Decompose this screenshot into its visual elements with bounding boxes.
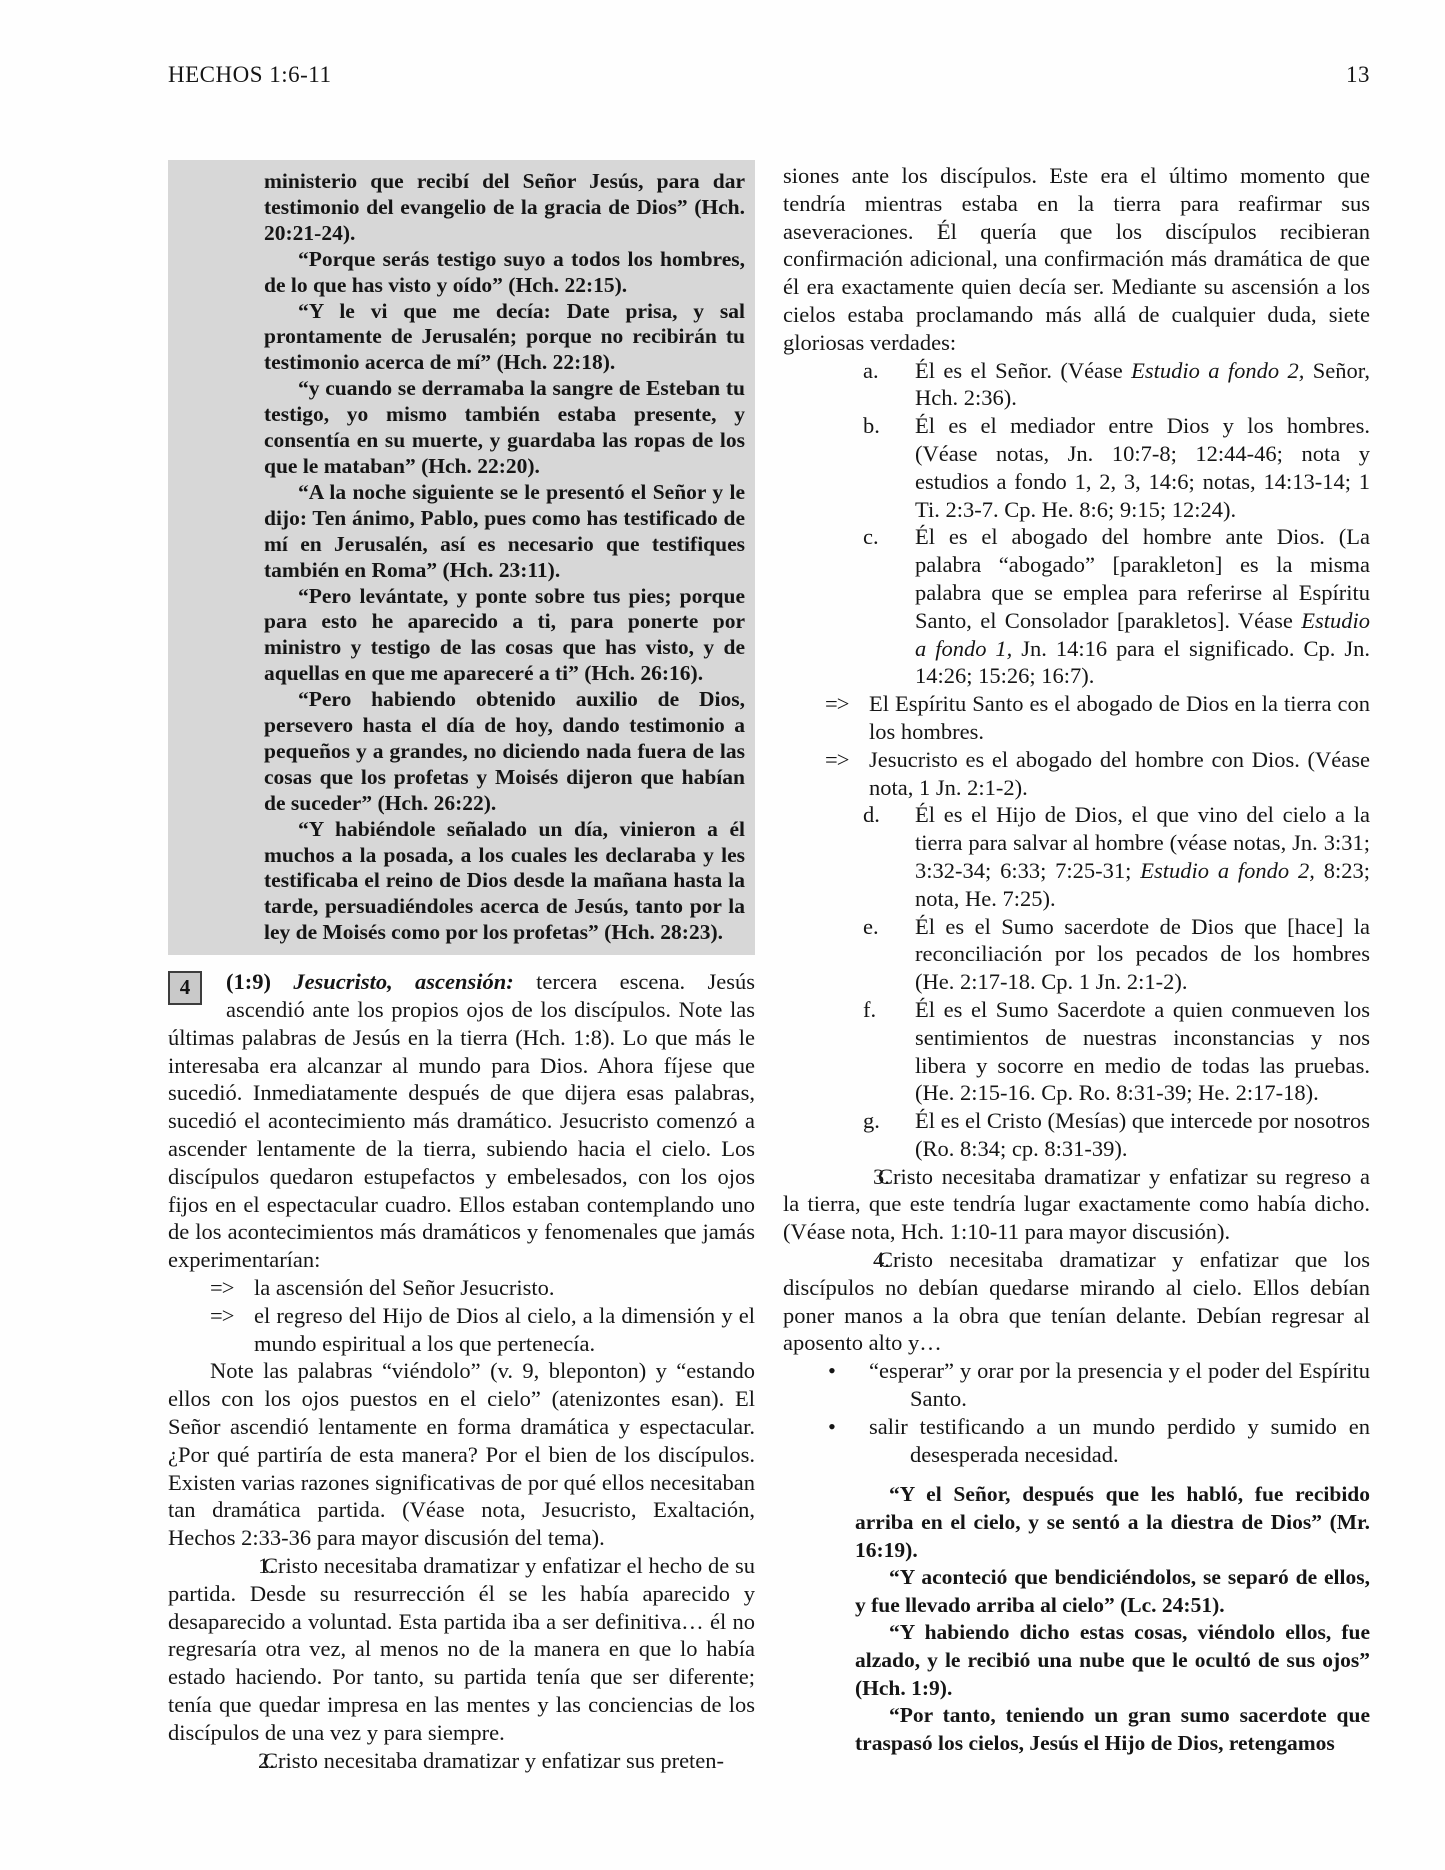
letter-label: g.	[863, 1107, 880, 1135]
text-run: “Y habiendo dicho estas cosas, viéndolo …	[855, 1620, 1370, 1699]
text-run: Cristo necesitaba dramatizar y enfatizar…	[263, 1748, 724, 1773]
text-run: Cristo necesitaba dramatizar y enfatizar…	[168, 1553, 755, 1745]
letter-label: b.	[863, 412, 880, 440]
text-run: Jesucristo, ascensión:	[293, 969, 513, 994]
numbered-paragraph: 4.Cristo necesitaba dramatizar y enfatiz…	[783, 1246, 1370, 1357]
text-run: Él es el Sumo Sacerdote a quien conmueve…	[915, 997, 1370, 1105]
outline-note-paragraph: 4(1:9) Jesucristo, ascensión: tercera es…	[168, 968, 755, 1274]
two-column-text: ministerio que recibí del Señor Jesús, p…	[168, 150, 1370, 1774]
arrow-list-item: =>El Espíritu Santo es el abogado de Dio…	[783, 690, 1370, 746]
column-right: siones ante los discípulos. Este era el …	[783, 150, 1370, 1757]
scripture-quote-paragraph: “A la noche siguiente se le presentó el …	[264, 480, 745, 584]
scripture-quote-paragraph: “Pero levántate, y ponte sobre tus pies;…	[264, 584, 745, 688]
text-run: Él es el Cristo (Mesías) que intercede p…	[915, 1108, 1370, 1161]
bullet-list-item: •salir testificando a un mundo perdido y…	[783, 1413, 1370, 1469]
text-run: Estudio a fondo 2,	[1131, 358, 1304, 383]
text-run: El Espíritu Santo es el abogado de Dios …	[869, 691, 1370, 744]
scripture-quote-paragraph: “Porque serás testigo suyo a todos los h…	[264, 247, 745, 299]
text-run: siones ante los discípulos. Este era el …	[783, 163, 1370, 355]
text-run: Él es el Señor. (Véase	[915, 358, 1131, 383]
scripture-quote-paragraph: “y cuando se derramaba la sangre de Este…	[264, 376, 745, 480]
bullet-list-item: •“esperar” y orar por la presencia y el …	[783, 1357, 1370, 1413]
arrow-list-item: =>Jesucristo es el abogado del hombre co…	[783, 746, 1370, 802]
letter-list-item: f.Él es el Sumo Sacerdote a quien conmue…	[783, 996, 1370, 1107]
text-run: (1:9)	[226, 969, 293, 994]
number-label: 3.	[828, 1163, 878, 1191]
number-label: 4.	[828, 1246, 878, 1274]
body-paragraph: Note las palabras “viéndolo” (v. 9, blep…	[168, 1357, 755, 1552]
numbered-paragraph: 2.Cristo necesitaba dramatizar y enfatiz…	[168, 1747, 755, 1775]
arrow-icon: =>	[210, 1274, 233, 1302]
arrow-icon: =>	[210, 1302, 233, 1330]
arrow-list-item: =>el regreso del Hijo de Dios al cielo, …	[168, 1302, 755, 1358]
letter-label: c.	[863, 523, 879, 551]
letter-list-item: e.Él es el Sumo sacerdote de Dios que [h…	[783, 913, 1370, 996]
bold-scripture-paragraph: “Y habiendo dicho estas cosas, viéndolo …	[855, 1619, 1370, 1702]
numbered-paragraph: 3.Cristo necesitaba dramatizar y enfatiz…	[783, 1163, 1370, 1246]
numbered-paragraph: 1.Cristo necesitaba dramatizar y enfatiz…	[168, 1552, 755, 1747]
text-run: “Por tanto, teniendo un gran sumo sacerd…	[855, 1703, 1370, 1755]
bold-scripture-paragraph: “Y aconteció que bendiciéndolos, se sepa…	[855, 1564, 1370, 1619]
arrow-icon: =>	[825, 690, 848, 718]
number-label: 1.	[213, 1552, 263, 1580]
arrow-list-item: =>la ascensión del Señor Jesucristo.	[168, 1274, 755, 1302]
bullet-icon: •	[828, 1357, 836, 1385]
text-run: Él es el mediador entre Dios y los hombr…	[915, 413, 1370, 521]
scripture-quote-paragraph: “Pero habiendo obtenido auxilio de Dios,…	[264, 687, 745, 817]
number-label: 2.	[213, 1747, 263, 1775]
text-run: tercera escena. Jesús ascendió ante los …	[168, 969, 755, 1272]
text-run: Note las palabras “viéndolo” (v. 9, blep…	[168, 1358, 755, 1550]
letter-list-item: c.Él es el abogado del hombre ante Dios.…	[783, 523, 1370, 690]
text-run: “Y el Señor, después que les habló, fue …	[855, 1482, 1370, 1561]
letter-list-item: d.Él es el Hijo de Dios, el que vino del…	[783, 801, 1370, 912]
text-run: “Y aconteció que bendiciéndolos, se sepa…	[855, 1565, 1370, 1617]
scripture-quote-paragraph: “Y le vi que me decía: Date prisa, y sal…	[264, 299, 745, 377]
scripture-quote-box: ministerio que recibí del Señor Jesús, p…	[168, 160, 755, 955]
text-run: Estudio a fondo 2,	[1140, 858, 1315, 883]
scripture-quote-paragraph: ministerio que recibí del Señor Jesús, p…	[264, 169, 745, 247]
text-run: Él es el Sumo sacerdote de Dios que [hac…	[915, 914, 1370, 995]
page-header: HECHOS 1:6-11 13	[168, 62, 1370, 88]
text-run: “esperar” y orar por la presencia y el p…	[869, 1358, 1370, 1411]
letter-list-item: a.Él es el Señor. (Véase Estudio a fondo…	[783, 357, 1370, 413]
passage-reference: HECHOS 1:6-11	[168, 62, 331, 88]
book-page: HECHOS 1:6-11 13 ministerio que recibí d…	[0, 0, 1445, 1870]
letter-list-item: b.Él es el mediador entre Dios y los hom…	[783, 412, 1370, 523]
arrow-icon: =>	[825, 746, 848, 774]
outline-number-marker: 4	[168, 971, 202, 1005]
bold-scripture-paragraph: “Y el Señor, después que les habló, fue …	[855, 1481, 1370, 1564]
text-run: salir testificando a un mundo perdido y …	[869, 1414, 1370, 1467]
body-paragraph: siones ante los discípulos. Este era el …	[783, 162, 1370, 357]
letter-label: e.	[863, 913, 879, 941]
text-run: la ascensión del Señor Jesucristo.	[254, 1275, 555, 1300]
column-left: ministerio que recibí del Señor Jesús, p…	[168, 150, 755, 1774]
bullet-icon: •	[828, 1413, 836, 1441]
letter-label: f.	[863, 996, 876, 1024]
letter-label: a.	[863, 357, 879, 385]
text-run: Jesucristo es el abogado del hombre con …	[869, 747, 1370, 800]
page-number: 13	[1346, 62, 1370, 88]
letter-list-item: g.Él es el Cristo (Mesías) que intercede…	[783, 1107, 1370, 1163]
text-run: el regreso del Hijo de Dios al cielo, a …	[254, 1303, 755, 1356]
letter-label: d.	[863, 801, 880, 829]
scripture-quote-paragraph: “Y habiéndole señalado un día, vinieron …	[264, 817, 745, 947]
bold-scripture-paragraph: “Por tanto, teniendo un gran sumo sacerd…	[855, 1702, 1370, 1757]
